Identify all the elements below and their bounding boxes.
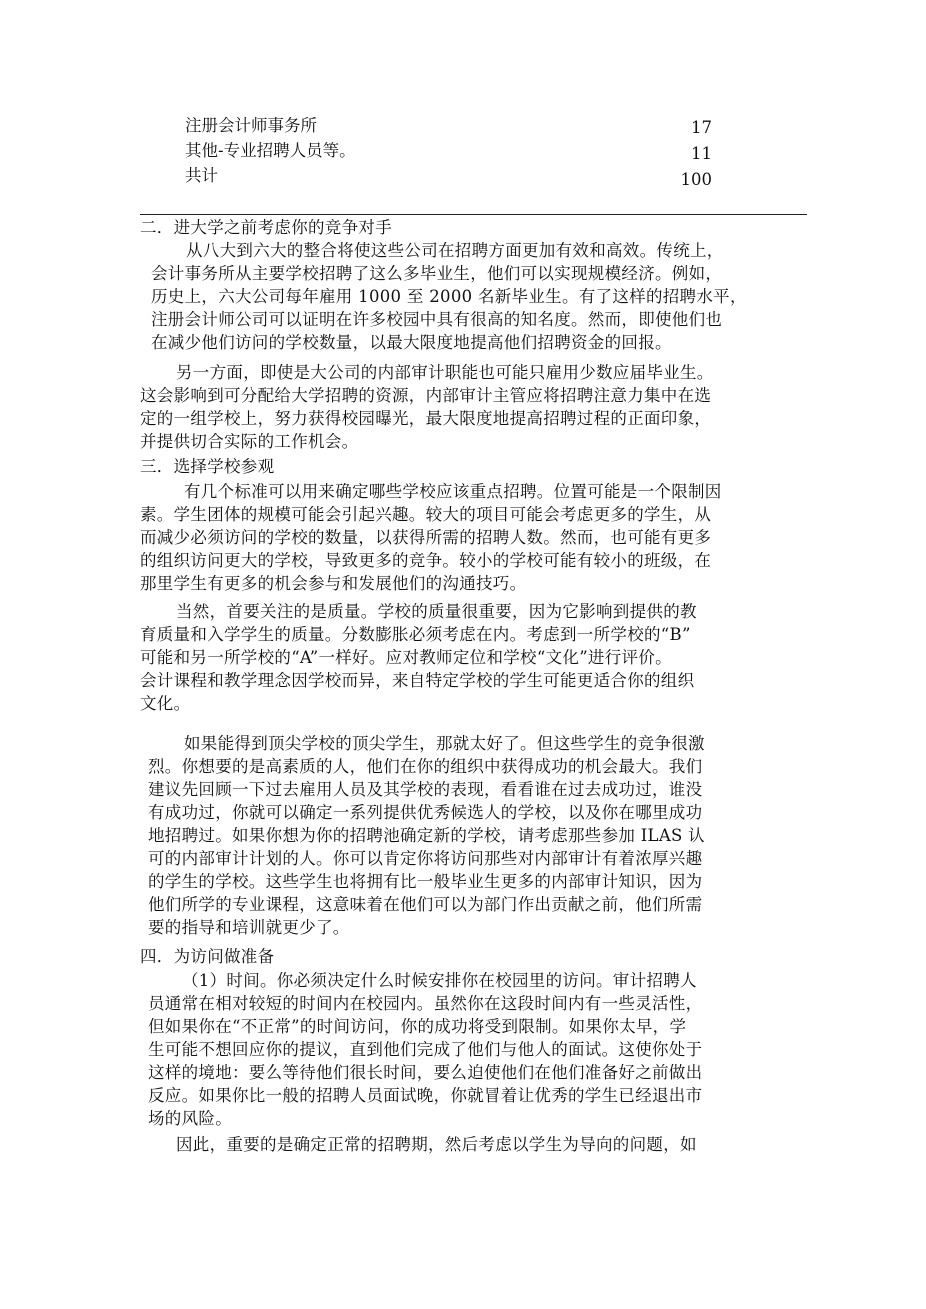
paragraph-line: 定的一组学校上，努力获得校园曝光，最大限度地提高招聘过程的正面印象， — [140, 408, 711, 430]
paragraph-line: 他们所学的专业课程，这意味着在他们可以为部门作出贡献之前，他们所需 — [148, 894, 702, 916]
horizontal-divider — [140, 214, 807, 215]
paragraph-line: 但如果你在“不正常”的时间访问，你的成功将受到限制。如果你太早，学 — [148, 1016, 686, 1038]
paragraph-line: 从八大到六大的整合将使这些公司在招聘方面更加有效和高效。传统上， — [186, 240, 724, 262]
paragraph-line: 可的内部审计计划的人。你可以肯定你将访问那些对内部审计有着浓厚兴趣 — [148, 848, 702, 870]
paragraph-line: 历史上，六大公司每年雇用 1000 至 2000 名新毕业生。有了这样的招聘水平… — [151, 286, 747, 308]
paragraph-line: 建议先回顾一下过去雇用人员及其学校的表现，看看谁在过去成功过，谁没 — [148, 779, 702, 801]
paragraph-line: 育质量和入学学生的质量。分数膨胀必须考虑在内。考虑到一所学校的“B” — [140, 624, 691, 646]
paragraph-line: 素。学生团体的规模可能会引起兴趣。较大的项目可能会考虑更多的学生，从 — [140, 504, 711, 526]
paragraph-line: 这会影响到可分配给大学招聘的资源，内部审计主管应将招聘注意力集中在选 — [140, 385, 711, 407]
paragraph-line: 可能和另一所学校的“A”一样好。应对教师定位和学校“文化”进行评价。 — [140, 647, 672, 669]
paragraph-line: 有成功过，你就可以确定一系列提供优秀候选人的学校，以及你在哪里成功 — [148, 802, 702, 824]
paragraph-line: 而减少必须访问的学校的数量，以获得所需的招聘人数。然而，也可能有更多 — [140, 527, 711, 549]
paragraph-line: 当然，首要关注的是质量。学校的质量很重要，因为它影响到提供的教 — [176, 601, 697, 623]
paragraph-line: 如果能得到顶尖学校的顶尖学生，那就太好了。但这些学生的竞争很激 — [184, 733, 705, 755]
table-row-label: 其他-专业招聘人员等。 — [185, 140, 356, 162]
paragraph-line: 在减少他们访问的学校数量，以最大限度地提高他们招聘资金的回报。 — [151, 332, 672, 354]
paragraph-line: 员通常在相对较短的时间内在校园内。虽然你在这段时间内有一些灵活性， — [148, 993, 702, 1015]
paragraph-line: 注册会计师公司可以证明在许多校园中具有很高的知名度。然而，即使他们也 — [151, 309, 722, 331]
paragraph-line: 的学生的学校。这些学生也将拥有比一般毕业生更多的内部审计知识，因为 — [148, 871, 702, 893]
paragraph-line: 场的风险。 — [148, 1108, 232, 1130]
paragraph-line: 有几个标准可以用来确定哪些学校应该重点招聘。位置可能是一个限制因 — [184, 481, 722, 503]
paragraph-line: 并提供切合实际的工作机会。 — [140, 431, 358, 453]
paragraph-line: 反应。如果你比一般的招聘人员面试晚，你就冒着让优秀的学生已经退出市 — [148, 1085, 702, 1107]
paragraph-line: （1）时间。你必须决定什么时候安排你在校园里的访问。审计招聘人 — [182, 970, 697, 992]
paragraph-line: 烈。你想要的是高素质的人，他们在你的组织中获得成功的机会最大。我们 — [148, 756, 702, 778]
table-row-value: 100 — [681, 169, 713, 191]
paragraph-line: 这样的境地：要么等待他们很长时间，要么迫使他们在他们准备好之前做出 — [148, 1062, 702, 1084]
paragraph-line: 要的指导和培训就更少了。 — [148, 917, 350, 939]
section-heading: 二．进大学之前考虑你的竞争对手 — [140, 217, 392, 239]
table-row-value: 17 — [691, 117, 712, 139]
paragraph-line: 的组织访问更大的学校，导致更多的竞争。较小的学校可能有较小的班级，在 — [140, 550, 711, 572]
paragraph-line: 那里学生有更多的机会参与和发展他们的沟通技巧。 — [140, 573, 526, 595]
paragraph-line: 生可能不想回应你的提议，直到他们完成了他们与他人的面试。这使你处于 — [148, 1039, 702, 1061]
table-row-value: 11 — [691, 143, 712, 165]
table-row-label: 共计 — [185, 165, 218, 187]
paragraph-line: 因此，重要的是确定正常的招聘期，然后考虑以学生为导向的问题，如 — [176, 1134, 697, 1156]
table-row-label: 注册会计师事务所 — [185, 115, 317, 137]
paragraph-line: 会计事务所从主要学校招聘了这么多毕业生，他们可以实现规模经济。例如， — [151, 263, 722, 285]
paragraph-line: 会计课程和教学理念因学校而异，来自特定学校的学生可能更适合你的组织 — [140, 670, 694, 692]
paragraph-line: 文化。 — [140, 693, 190, 715]
section-heading: 三．选择学校参观 — [140, 456, 274, 478]
paragraph-line: 另一方面，即使是大公司的内部审计职能也可能只雇用少数应届毕业生。 — [176, 362, 714, 384]
document-page: 注册会计师事务所 17 其他-专业招聘人员等。 11 共计 100 二．进大学之… — [0, 0, 926, 1309]
section-heading: 四．为访问做准备 — [140, 946, 274, 968]
paragraph-line: 地招聘过。如果你想为你的招聘池确定新的学校，请考虑那些参加 ILAS 认 — [148, 825, 705, 847]
